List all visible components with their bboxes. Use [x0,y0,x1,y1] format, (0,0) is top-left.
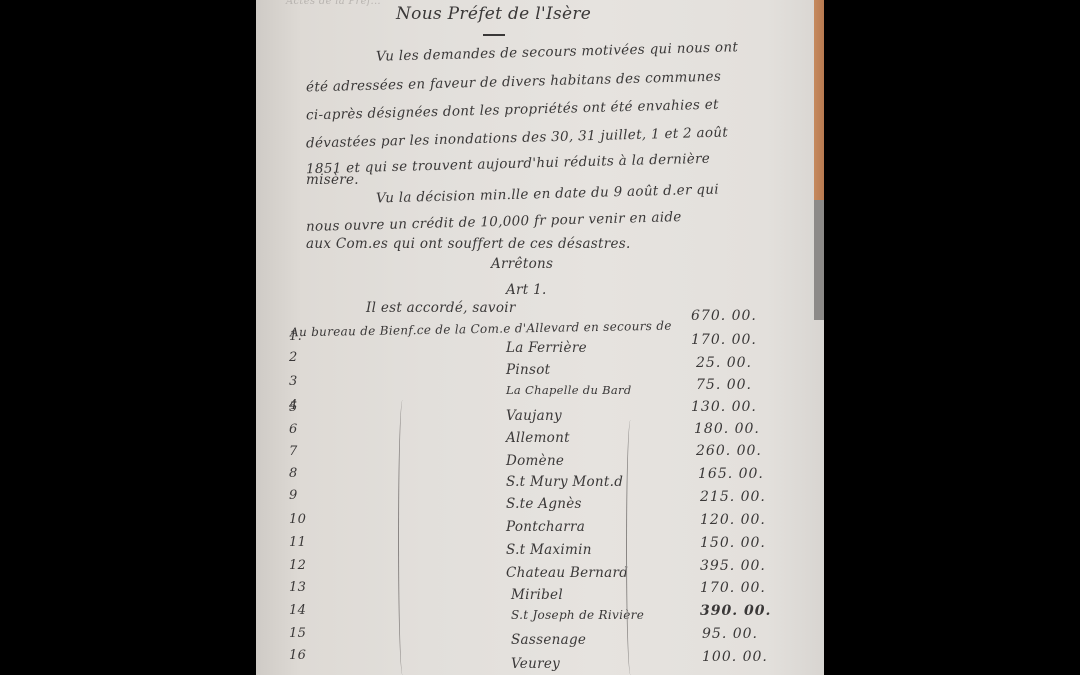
item-amount: 25. 00. [696,355,752,371]
item-commune: Sassenage [511,632,586,648]
preamble-line-2: été adressées en faveur de divers habita… [306,69,721,96]
item-amount: 170. 00. [700,580,766,596]
item-number: 3 [289,374,298,389]
item-commune: Pontcharra [506,519,585,535]
preamble-line-6: misère. [306,172,359,188]
item-commune: Veurey [511,656,560,672]
item-commune: Allemont [506,430,570,446]
page-title: Nous Préfet de l'Isère [396,4,591,24]
item-number: 14 [289,603,306,618]
article-heading: Art 1. [506,282,547,298]
preamble-line-1: Vu les demandes de secours motivées qui … [376,39,738,64]
item-amount: 395. 00. [700,558,766,574]
item-number: 15 [289,626,306,641]
preamble-line-5: 1851 et qui se trouvent aujourd'hui rédu… [306,151,710,178]
item-amount: 100. 00. [702,649,768,665]
arretons-heading: Arrêtons [491,256,553,272]
document-photo: Actes de la Préf... Nous Préfet de l'Isè… [256,0,824,675]
item-number: 1. [289,329,302,344]
item-number: 9 [289,488,298,503]
item-amount: 95. 00. [702,626,758,642]
item-amount: 260. 00. [696,443,762,459]
item-commune: La Chapelle du Bard [506,383,631,397]
item-number: 2 [289,350,298,365]
item-commune: Vaujany [506,408,562,424]
item-commune: S.t Joseph de Rivière [511,608,644,622]
item-amount: 670. 00. [691,308,757,324]
item-number: 12 [289,558,306,573]
header-fragment: Actes de la Préf... [286,0,381,7]
preamble-line-4: dévastées par les inondations des 30, 31… [306,124,728,151]
item-commune: Miribel [511,587,563,603]
decision-line-1: Vu la décision min.lle en date du 9 août… [376,182,719,207]
item-amount: 180. 00. [694,421,760,437]
item-commune: S.t Mury Mont.d [506,474,623,490]
item-commune: S.te Agnès [506,496,582,512]
item-number: 5 [289,400,298,415]
background-edge [814,200,824,320]
item-amount: 215. 00. [700,489,766,505]
item-amount: 120. 00. [700,512,766,528]
item-amount: 170. 00. [691,332,757,348]
decision-line-3: aux Com.es qui ont souffert de ces désas… [306,236,631,252]
item-amount: 75. 00. [696,377,752,393]
item-commune: Pinsot [506,362,550,378]
item-number: 8 [289,466,298,481]
item-commune: La Ferrière [506,340,587,356]
item-number: 7 [289,444,298,459]
ditto-brace-left [398,400,407,675]
decision-line-2: nous ouvre un crédit de 10,000 fr pour v… [306,209,682,235]
item-commune: S.t Maximin [506,542,592,558]
item-commune: Domène [506,453,564,469]
item-amount: 130. 00. [691,399,757,415]
item-number: 6 [289,422,298,437]
preamble-line-3: ci-après désignées dont les propriétés o… [306,97,719,124]
item-amount: 150. 00. [700,535,766,551]
title-underline [483,34,505,36]
item-amount: 165. 00. [698,466,764,482]
granted-line: Il est accordé, savoir [366,300,516,316]
item-number: 11 [289,535,306,550]
first-entry-line: Au bureau de Bienf.ce de la Com.e d'Alle… [290,319,672,340]
ditto-brace-right [626,420,635,675]
item-amount: 390. 00. [700,603,771,619]
item-number: 16 [289,648,306,663]
item-number: 13 [289,580,306,595]
item-commune: Chateau Bernard [506,565,628,581]
item-number: 10 [289,512,306,527]
